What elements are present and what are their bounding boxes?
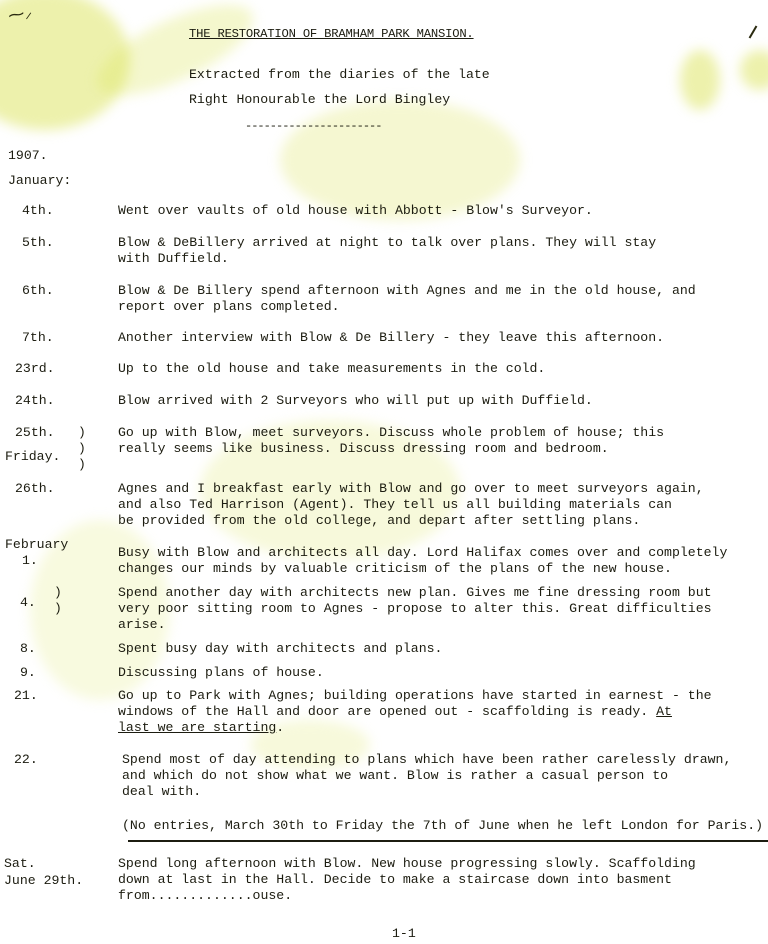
entry-date: 5th. (22, 235, 54, 251)
entry-date: 9. (20, 665, 36, 681)
entry-text: Spend another day with architects new pl… (118, 585, 758, 633)
entry-date: 26th. (15, 481, 55, 497)
document-subtitle-line1: Extracted from the diaries of the late (189, 67, 490, 82)
entry-date: 24th. (15, 393, 55, 409)
entry-text: Spend long afternoon with Blow. New hous… (118, 856, 758, 904)
document-subtitle-line2: Right Honourable the Lord Bingley (189, 92, 450, 107)
paper-stain (740, 50, 768, 90)
month-heading-january: January: (8, 173, 71, 188)
document-title: THE RESTORATION OF BRAMHAM PARK MANSION. (189, 27, 474, 41)
entry-date: 7th. (22, 330, 54, 346)
entry-text: Go up with Blow, meet surveyors. Discuss… (118, 425, 758, 457)
brace-mark: ))) (78, 425, 86, 473)
entry-date: June 29th. (4, 873, 83, 889)
entry-date: 4. (20, 595, 36, 611)
entry-date: 6th. (22, 283, 54, 299)
entry-date: 1. (22, 553, 38, 569)
section-divider (128, 840, 768, 842)
entry-text-end: . (276, 720, 284, 735)
entry-text: Blow & De Billery spend afternoon with A… (118, 283, 758, 315)
paper-stain (280, 100, 520, 220)
entry-text: Go up to Park with Agnes; building opera… (118, 688, 758, 736)
entry-date: 21. (14, 688, 38, 704)
brace-mark: )) (54, 585, 62, 617)
title-divider: ---------------------- (245, 119, 381, 133)
entry-text: Went over vaults of old house with Abbot… (118, 203, 758, 219)
entry-date: 23rd. (15, 361, 55, 377)
entry-date: 8. (20, 641, 36, 657)
entry-text: Blow & DeBillery arrived at night to tal… (118, 235, 758, 267)
entry-text: Discussing plans of house. (118, 665, 758, 681)
year-heading: 1907. (8, 148, 48, 163)
entry-date: 25th. (15, 425, 55, 441)
entry-text: Spent busy day with architects and plans… (118, 641, 758, 657)
page-number: 1-1 (392, 926, 416, 941)
ink-mark (749, 25, 758, 38)
entry-text: Spend most of day attending to plans whi… (122, 752, 762, 800)
gap-note: (No entries, March 30th to Friday the 7t… (122, 818, 763, 833)
entry-text-plain: Go up to Park with Agnes; building opera… (118, 688, 712, 719)
entry-text: Up to the old house and take measurement… (118, 361, 758, 377)
entry-date: 4th. (22, 203, 54, 219)
entry-text: Blow arrived with 2 Surveyors who will p… (118, 393, 758, 409)
entry-text: Agnes and I breakfast early with Blow an… (118, 481, 758, 529)
month-heading-february: February (5, 537, 68, 553)
handwritten-mark: ⁓⸝ (6, 0, 33, 26)
entry-weekday: Sat. (4, 856, 36, 872)
entry-date: 22. (14, 752, 38, 768)
entry-text: Busy with Blow and architects all day. L… (118, 545, 758, 577)
entry-weekday: Friday. (5, 449, 60, 465)
paper-stain (680, 50, 720, 110)
entry-text: Another interview with Blow & De Billery… (118, 330, 758, 346)
